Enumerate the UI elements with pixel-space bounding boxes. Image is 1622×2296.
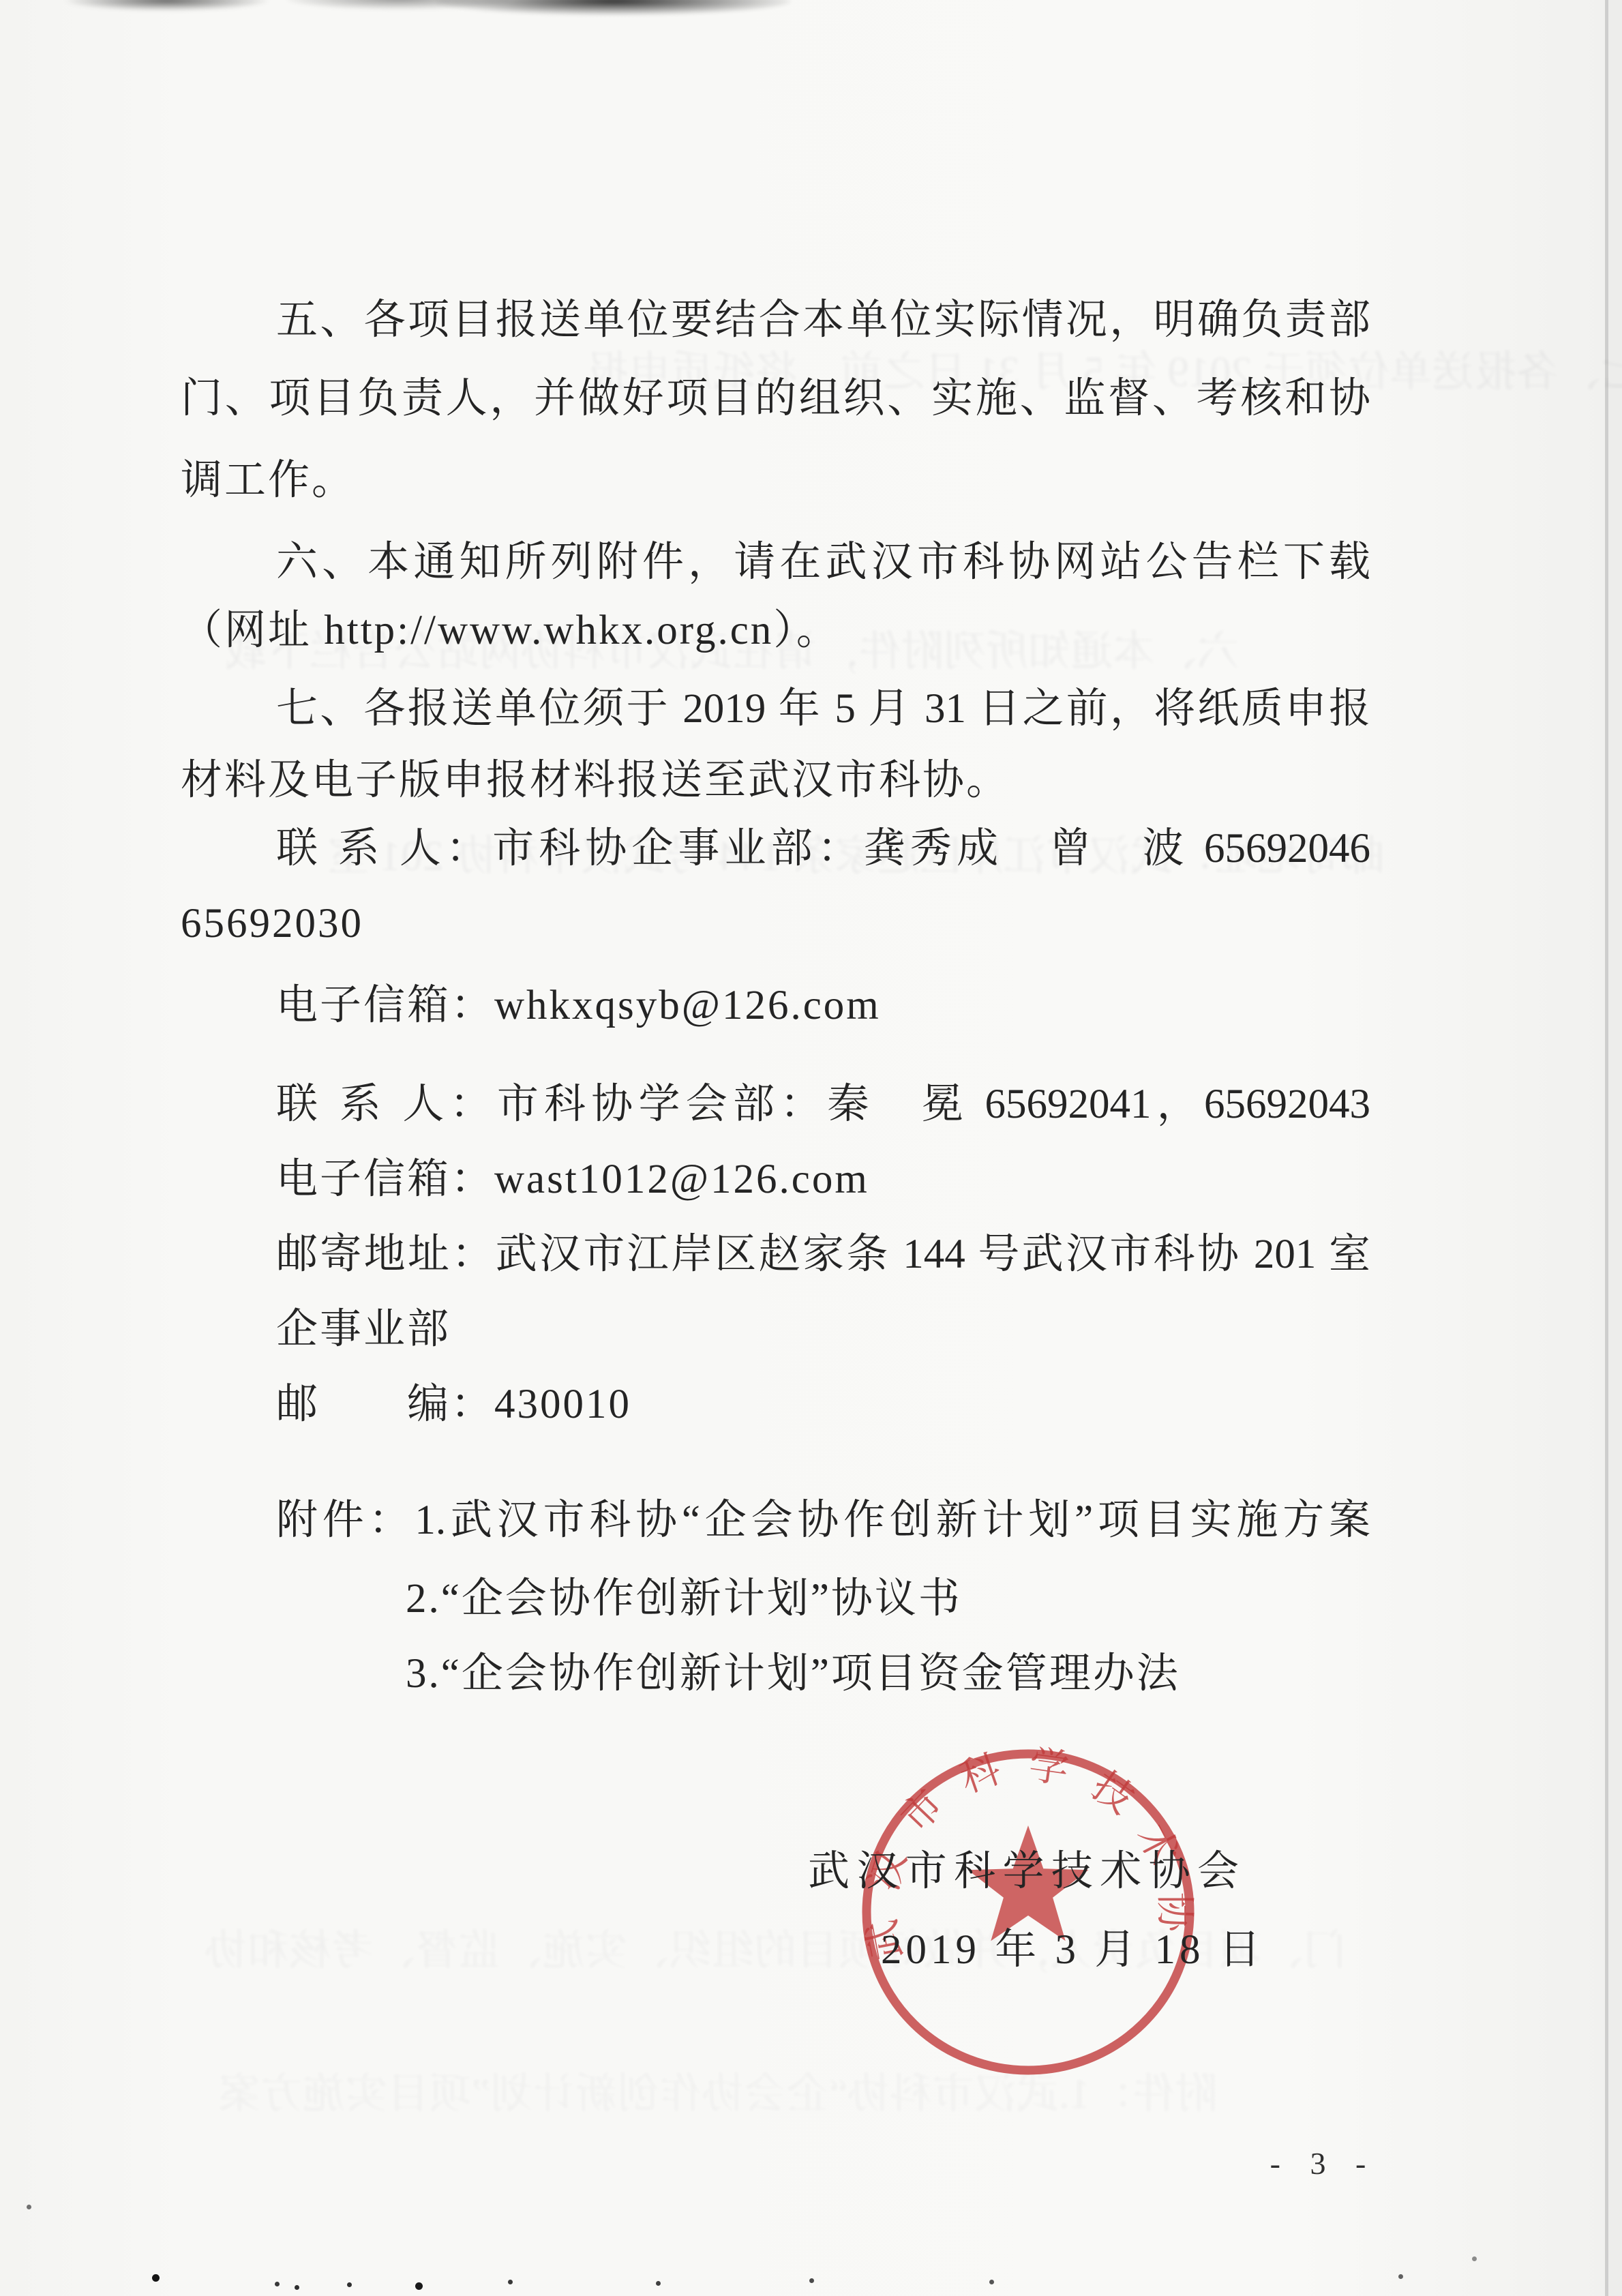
attachment-item-3: 3.“企会协作创新计划”项目资金管理办法 [406, 1640, 1180, 1708]
page-number: - 3 - [1265, 2136, 1381, 2191]
attachment-item-2: 2.“企会协作创新计划”协议书 [406, 1565, 962, 1633]
contact-1-email: 电子信箱：whkxqsyb@126.com [276, 972, 881, 1040]
contact-2-line: 联 系 人：市科协学会部：秦 冕 65692041，65692043 [276, 1071, 1370, 1139]
para-5-line-1: 五、各项目报送单位要结合本单位实际情况，明确负责部 [276, 286, 1370, 355]
postal-code-line: 邮 编：430010 [276, 1371, 631, 1439]
mailing-address-line-1: 邮寄地址：武汉市江岸区赵家条 144 号武汉市科协 201 室 [276, 1221, 1370, 1289]
scan-smudge [436, 0, 791, 15]
scan-edge-strip [1608, 0, 1622, 2296]
signature-organization: 武汉市科学技术协会 [808, 1838, 1239, 1906]
para-7-line-1: 七、各报送单位须于 2019 年 5 月 31 日之前，将纸质申报 [276, 675, 1370, 743]
attachment-item-1: 附件：1.武汉市科协“企会协作创新计划”项目实施方案 [276, 1487, 1370, 1555]
para-6-line-2-website-url: （网址 http://www.whkx.org.cn）。 [181, 597, 840, 665]
para-5-line-2: 门、项目负责人，并做好项目的组织、实施、监督、考核和协 [181, 365, 1370, 433]
official-seal: 武汉市科学技术协会 [854, 1738, 1203, 2087]
contact-2-email: 电子信箱：wast1012@126.com [276, 1146, 869, 1214]
para-6-line-1: 六、本通知所列附件，请在武汉市科协网站公告栏下载 [276, 528, 1370, 597]
scan-smudge [65, 0, 269, 11]
mailing-address-line-2: 企事业部 [276, 1296, 451, 1364]
signature-date: 2019 年 3 月 18 日 [881, 1916, 1265, 1984]
scan-edge-line [1605, 0, 1608, 2296]
scanned-document-page: 六、本通知所列附件，请在武汉市科协网站公告栏下载 七、各报送单位须于 2019 … [0, 0, 1622, 2296]
para-5-line-3: 调工作。 [181, 447, 355, 515]
para-7-line-2: 材料及电子版申报材料报送至武汉市科协。 [181, 747, 1010, 815]
contact-1-line: 联 系 人：市科协企事业部：龚秀成 曾 波 65692046 [276, 815, 1370, 883]
contact-1-phone-continued: 65692030 [181, 890, 363, 958]
scan-speckles [0, 0, 3, 3]
